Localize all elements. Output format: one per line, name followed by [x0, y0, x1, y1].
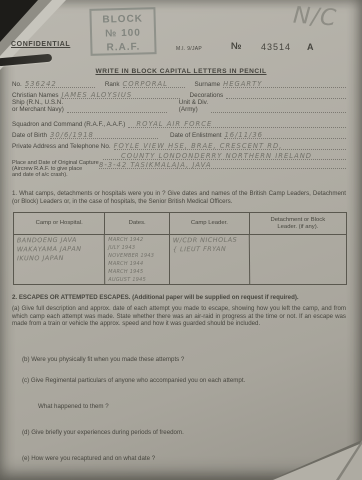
section2-title: 2. ESCAPES OR ATTEMPTED ESCAPES. (Additi… [12, 294, 346, 302]
row-squadron: Squadron and Command (R.A.F., A.A.F.) RO… [12, 119, 346, 128]
rank-value: CORPORAL [123, 80, 168, 88]
section2-item-c2: What happened to them ? [38, 403, 346, 411]
enlistment-label: Date of Enlistment [170, 133, 221, 140]
dates-entries: MARCH 1942 JULY 1943 NOVEMBER 1943 MARCH… [105, 235, 170, 285]
col-header-camp-text: Camp or Hospital. [36, 220, 83, 227]
no-value: 536242 [25, 80, 57, 88]
form-reference: M.I. 9/JAP [176, 46, 202, 52]
ship-line [67, 104, 167, 113]
col-header-leader-text: Camp Leader. [191, 220, 228, 227]
section1-question: 1. What camps, detachments or hospitals … [12, 190, 346, 205]
col-header-dates-text: Dates. [129, 220, 146, 227]
row-names-decorations: Christian Names JAMES ALOYSIUS Decoratio… [12, 90, 346, 99]
ship-label: Ship (R.N., U.S.N. or Merchant Navy) [12, 100, 64, 113]
rank-label: Rank [105, 82, 120, 89]
serial-number: 43514 [261, 42, 291, 52]
address-line1: FOYLE VIEW HSE, BRAE, CRESCENT RD, [114, 141, 346, 150]
row-ship-unit: Ship (R.N., U.S.N. or Merchant Navy) Uni… [12, 100, 346, 113]
squadron-line: ROYAL AIR FORCE [128, 119, 346, 128]
col-header-camp: Camp or Hospital. [14, 213, 105, 235]
address-label: Private Address and Telephone No. [12, 144, 111, 151]
camps-entries: BANDOENG JAVA WAKAYAMA JAPAN IKUNO JAPAN [14, 235, 106, 286]
surname-value: HEGARTY [223, 80, 262, 88]
leaders-entries: W/CDR NICHOLAS { LIEUT FRYAN [170, 235, 250, 286]
address-value-line2: COUNTY LONDONDERRY NORTHERN IRELAND [121, 152, 312, 160]
document-photo: BLOCK № 100 R.A.F. N/C CONFIDENTIAL M.I.… [0, 0, 362, 480]
enlistment-value: 16/11/36 [224, 131, 263, 139]
section2-item-c: (c) Give Regimental particulars of anyon… [22, 377, 346, 385]
col-header-leader: Camp Leader. [170, 213, 250, 235]
instruction-heading: WRITE IN BLOCK CAPITAL LETTERS IN PENCIL [0, 68, 362, 75]
camps-table: Camp or Hospital. Dates. Camp Leader. De… [13, 212, 347, 285]
row-capture: 8-3-42 TASIKMALAJA, JAVA [96, 160, 346, 169]
form-paper: BLOCK № 100 R.A.F. N/C CONFIDENTIAL M.I.… [0, 0, 362, 480]
section2-item-d: (d) Give briefly your experiences during… [22, 429, 346, 437]
col-header-detachment: Detachment or Block Leader. (if any). [250, 213, 346, 235]
capture-value: 8-3-42 TASIKMALAJA, JAVA [99, 161, 212, 169]
squadron-value: ROYAL AIR FORCE [136, 120, 212, 128]
section2-item-b: (b) Were you physically fit when you mad… [22, 356, 346, 364]
unit-label: Unit & Div. (Army) [179, 100, 208, 113]
decorations-line [226, 90, 346, 99]
squadron-label: Squadron and Command (R.A.F., A.A.F.) [12, 122, 125, 129]
surname-line: HEGARTY [223, 79, 346, 88]
dob-label: Date of Birth [12, 133, 47, 140]
capture-line: 8-3-42 TASIKMALAJA, JAVA [99, 160, 346, 169]
pencil-annotation: N/C [292, 2, 338, 31]
address-value-line1: FOYLE VIEW HSE, BRAE, CRESCENT RD, [114, 142, 283, 150]
dob-value: 30/6/1918 [50, 131, 94, 139]
row-no-rank-surname: No. 536242 Rank CORPORAL Surname HEGARTY [12, 79, 346, 88]
numero-symbol: № [231, 41, 242, 52]
col-header-dates: Dates. [105, 213, 170, 235]
capture-label: Place and Date of Original Capture (Airc… [12, 160, 99, 179]
raf-block-stamp: BLOCK № 100 R.A.F. [89, 7, 156, 56]
confidential-label: CONFIDENTIAL [11, 41, 70, 48]
enlistment-line: 16/11/36 [224, 130, 346, 139]
no-label: No. [12, 82, 22, 89]
row-dates: Date of Birth 30/6/1918 Date of Enlistme… [12, 130, 346, 139]
no-line: 536242 [25, 79, 95, 88]
detachment-entries [249, 235, 346, 286]
unit-line [211, 104, 346, 113]
christian-names-line: JAMES ALOYSIUS [62, 90, 180, 99]
rank-line: CORPORAL [123, 79, 185, 88]
dob-line: 30/6/1918 [50, 130, 158, 139]
surname-label: Surname [195, 82, 221, 89]
serial-suffix: A [307, 42, 314, 52]
section2-item-e: (e) How were you recaptured and on what … [22, 455, 346, 463]
row-address: Private Address and Telephone No. FOYLE … [12, 141, 346, 150]
address-line2: COUNTY LONDONDERRY NORTHERN IRELAND [103, 151, 346, 160]
christian-names-value: JAMES ALOYSIUS [62, 91, 133, 99]
row-address-2: COUNTY LONDONDERRY NORTHERN IRELAND [100, 151, 346, 160]
section2-item-a: (a) Give full description and approx. da… [12, 305, 346, 328]
col-header-detachment-text: Detachment or Block Leader. (if any). [270, 217, 325, 231]
